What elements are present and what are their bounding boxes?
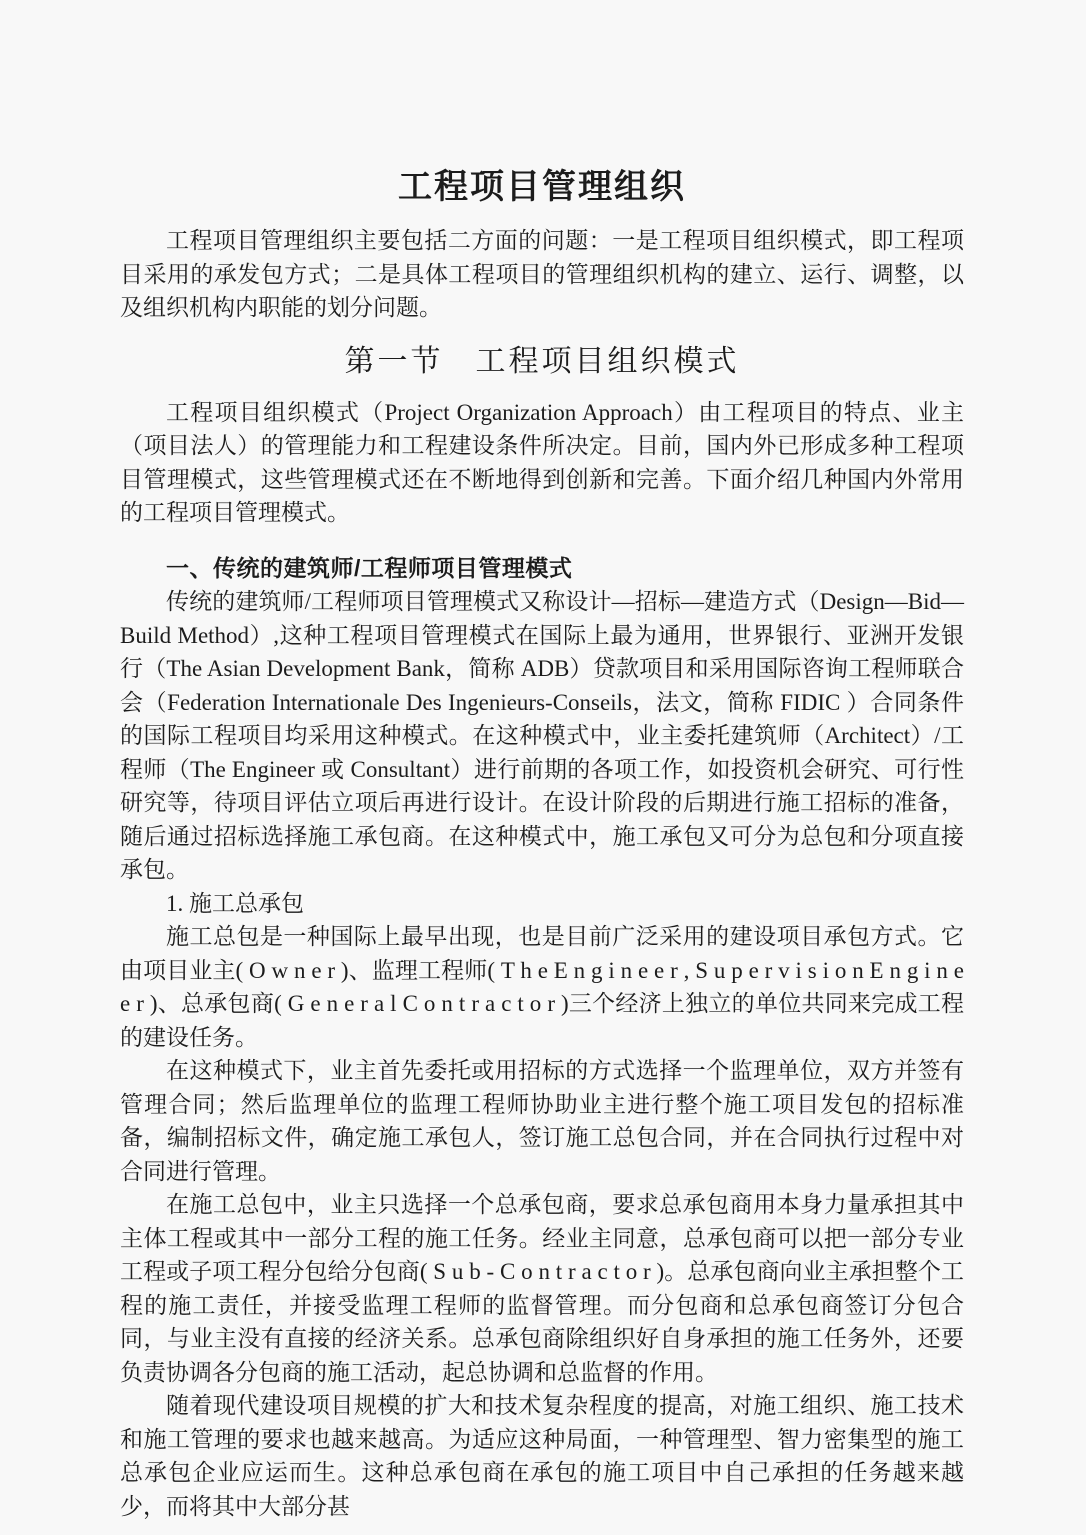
list-item-1-paragraph-2: 在这种模式下，业主首先委托或用招标的方式选择一个监理单位，双方并签有管理合同；然… xyxy=(120,1054,964,1188)
doc-title: 工程项目管理组织 xyxy=(120,166,964,208)
list-item-1-label: 1. 施工总承包 xyxy=(120,887,964,921)
document-page: 工程项目管理组织 工程项目管理组织主要包括二方面的问题：一是工程项目组织模式，即… xyxy=(0,0,1086,1535)
intro-paragraph: 工程项目管理组织主要包括二方面的问题：一是工程项目组织模式，即工程项目采用的承发… xyxy=(120,224,964,325)
subsection-body-paragraph: 传统的建筑师/工程师项目管理模式又称设计—招标—建造方式（Design—Bid—… xyxy=(120,585,964,887)
section-heading: 第一节工程项目组织模式 xyxy=(120,342,964,382)
list-item-1-paragraph-4: 随着现代建设项目规模的扩大和技术复杂程度的提高，对施工组织、施工技术和施工管理的… xyxy=(120,1389,964,1523)
section-number: 第一节 xyxy=(345,345,444,378)
list-item-1-paragraph-1: 施工总包是一种国际上最早出现，也是目前广泛采用的建设项目承包方式。它由项目业主(… xyxy=(120,920,964,1054)
subsection-heading: 一、传统的建筑师/工程师项目管理模式 xyxy=(120,552,964,586)
section-title: 工程项目组织模式 xyxy=(476,345,740,378)
list-item-1-paragraph-3: 在施工总包中，业主只选择一个总承包商，要求总承包商用本身力量承担其中主体工程或其… xyxy=(120,1188,964,1389)
section-lead-paragraph: 工程项目组织模式（Project Organization Approach）由… xyxy=(120,396,964,530)
